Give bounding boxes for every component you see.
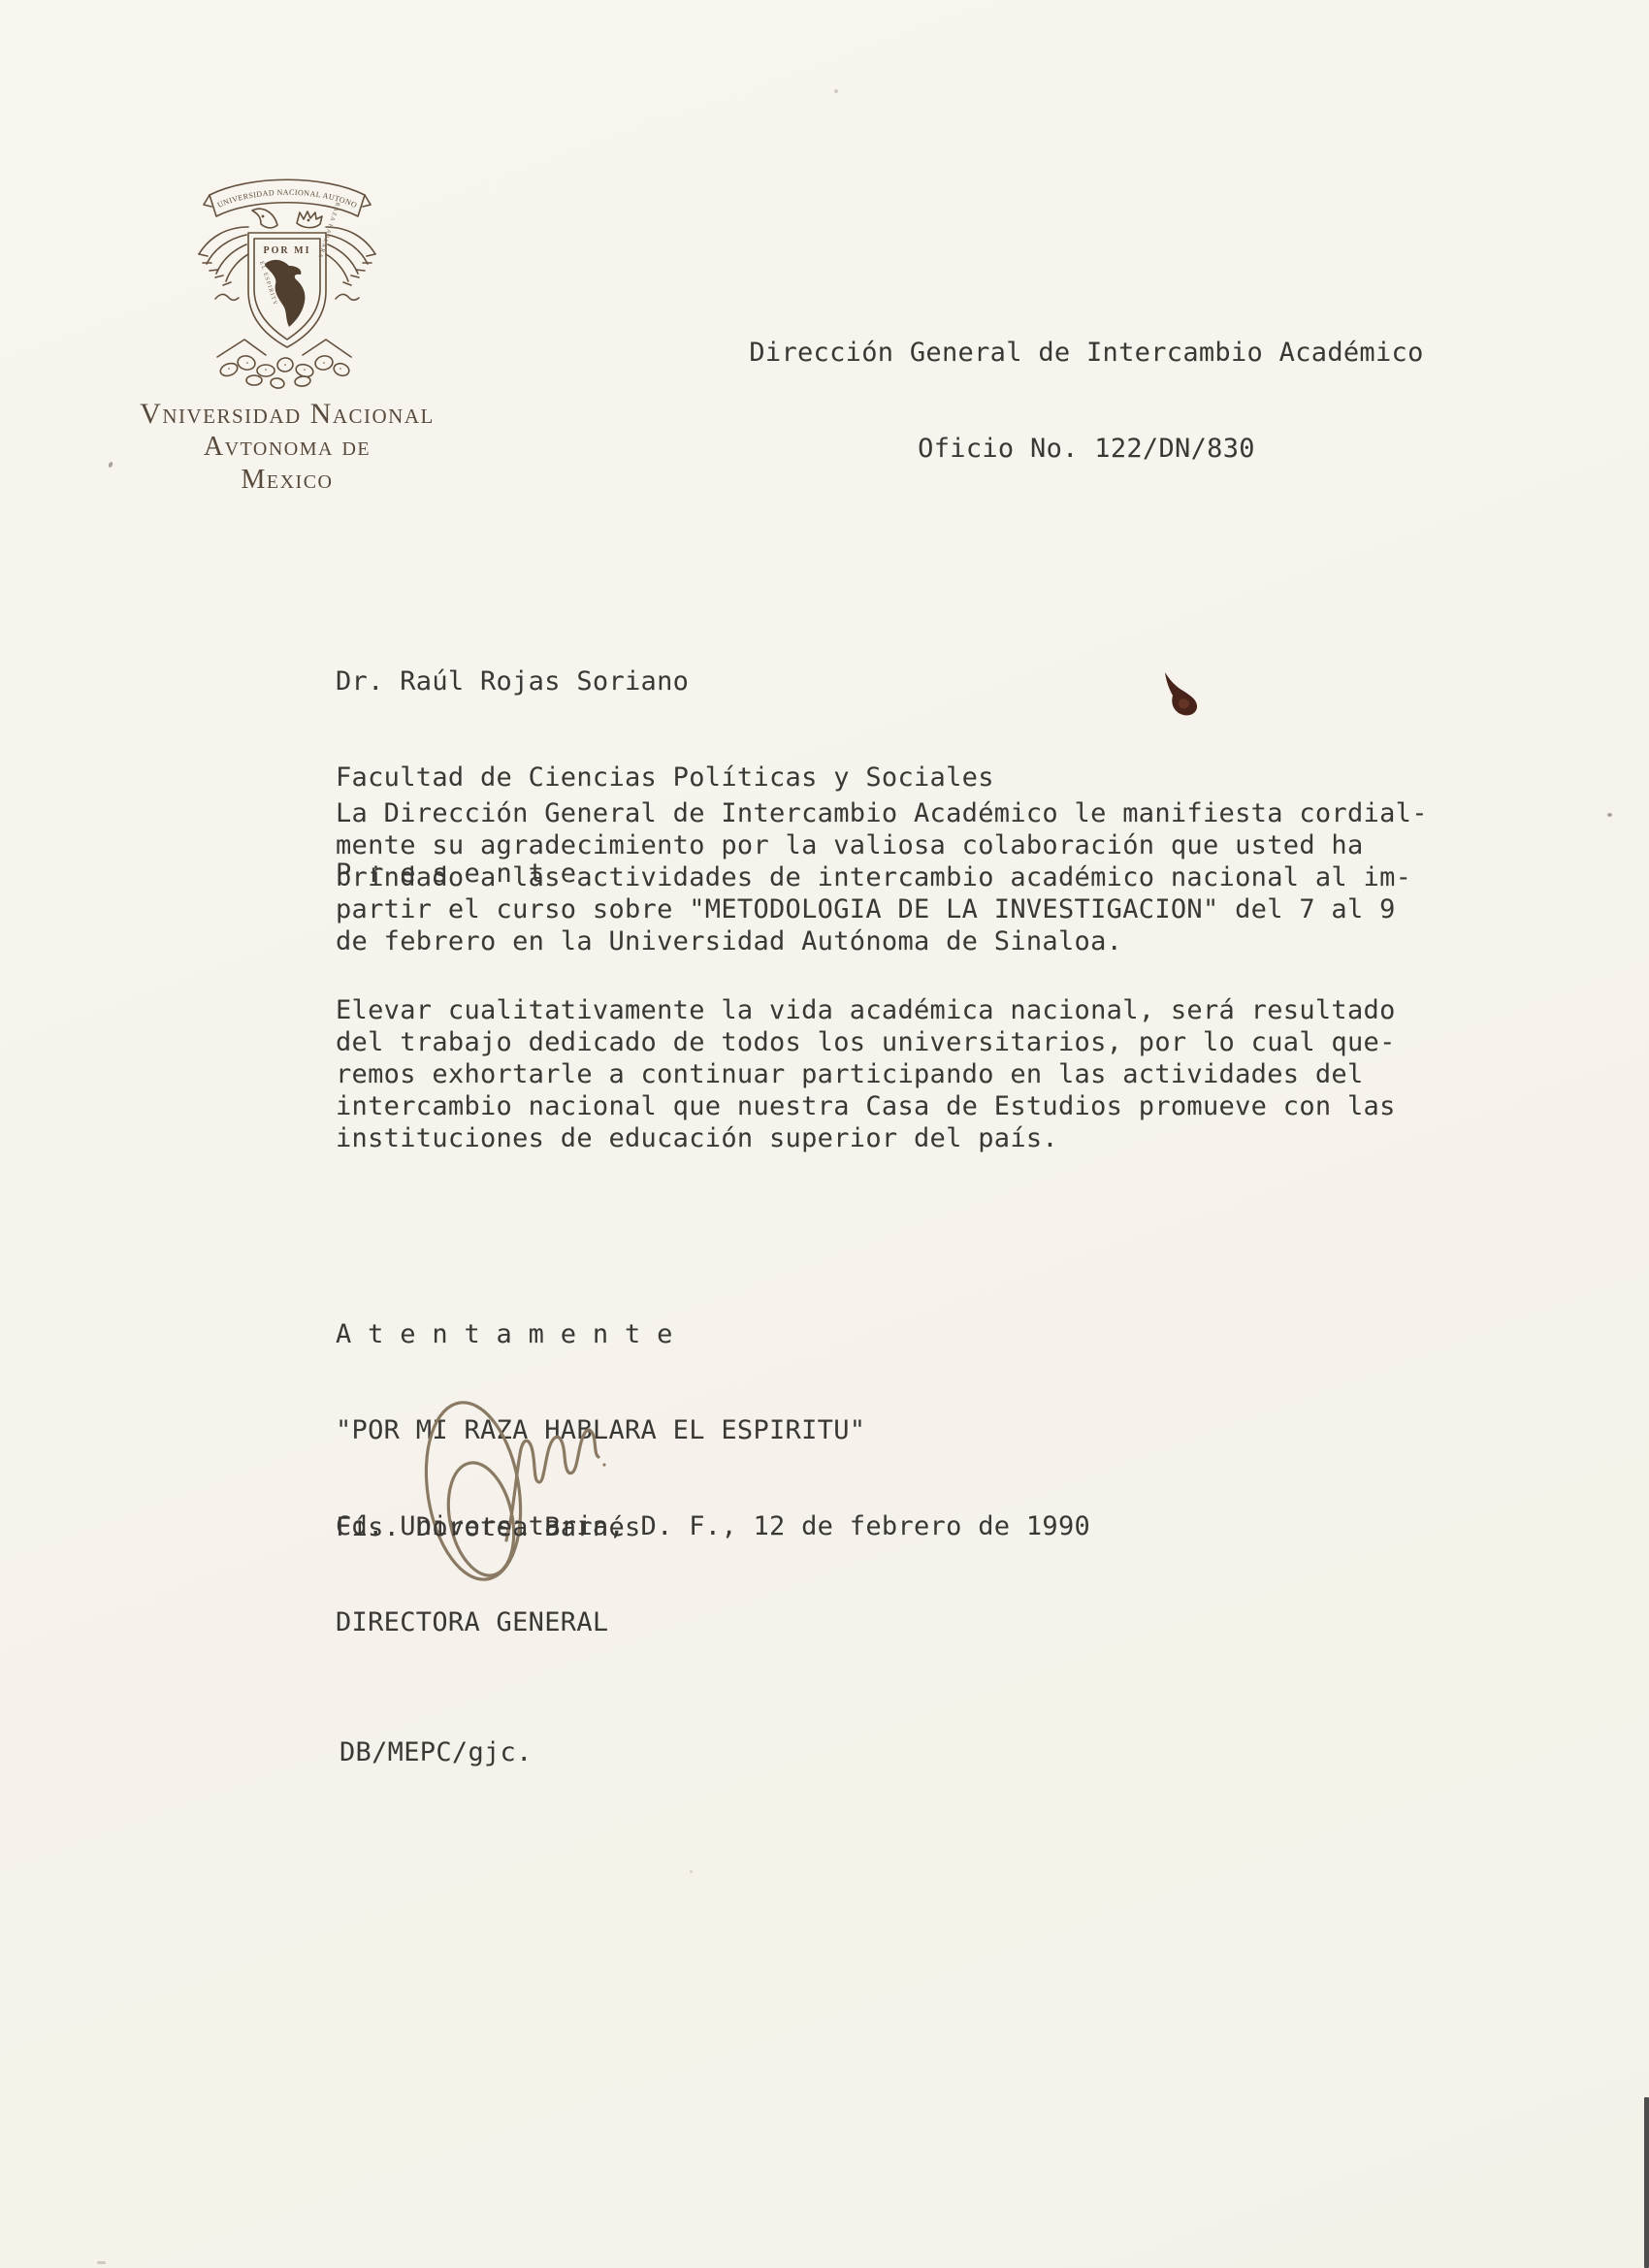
recipient-department: Facultad de Ciencias Políticas y Sociale… (336, 761, 994, 794)
wordmark-line-2: Avtonoma de (120, 431, 454, 464)
scanned-letter-page: UNIVERSIDAD NACIONAL AUTONOMA Đ MEXICO P… (0, 0, 1649, 2268)
scan-edge-artifact (1644, 2097, 1649, 2268)
crest-motto-right: RAZA HABLARA (316, 201, 340, 259)
ink-blot (1152, 667, 1207, 722)
office-header: Dirección General de Intercambio Académi… (747, 273, 1426, 529)
recipient-name: Dr. Raúl Rojas Soriano (336, 665, 994, 697)
scan-speck (108, 461, 113, 468)
crest-motto-por-mi: POR MI (264, 245, 311, 256)
university-wordmark: Vniversidad Nacional Avtonoma de Mexico (120, 398, 454, 497)
scan-speck (690, 1870, 693, 1873)
scan-speck (1607, 813, 1612, 817)
reference-initials: DB/MEPC/gjc. (339, 1736, 533, 1768)
body-paragraph-1: La Dirección General de Intercambio Acad… (336, 797, 1428, 957)
scan-speck (834, 89, 838, 93)
scan-speck (97, 2261, 106, 2264)
wordmark-line-3: Mexico (120, 464, 454, 497)
closing-atentamente: A t e n t a m e n t e (336, 1318, 1090, 1350)
office-name: Dirección General de Intercambio Académi… (747, 337, 1426, 369)
wordmark-line-1: Vniversidad Nacional (120, 398, 454, 431)
closing-title: DIRECTORA GENERAL (336, 1606, 1090, 1638)
body-paragraph-2: Elevar cualitativamente la vida académic… (336, 994, 1396, 1154)
signer-name: Fís. Dorotea Barnés (336, 1511, 641, 1543)
unam-coat-of-arms-icon: UNIVERSIDAD NACIONAL AUTONOMA Đ MEXICO P… (184, 163, 390, 398)
handwritten-signature (398, 1393, 630, 1592)
oficio-number: Oficio No. 122/DN/830 (747, 433, 1426, 465)
